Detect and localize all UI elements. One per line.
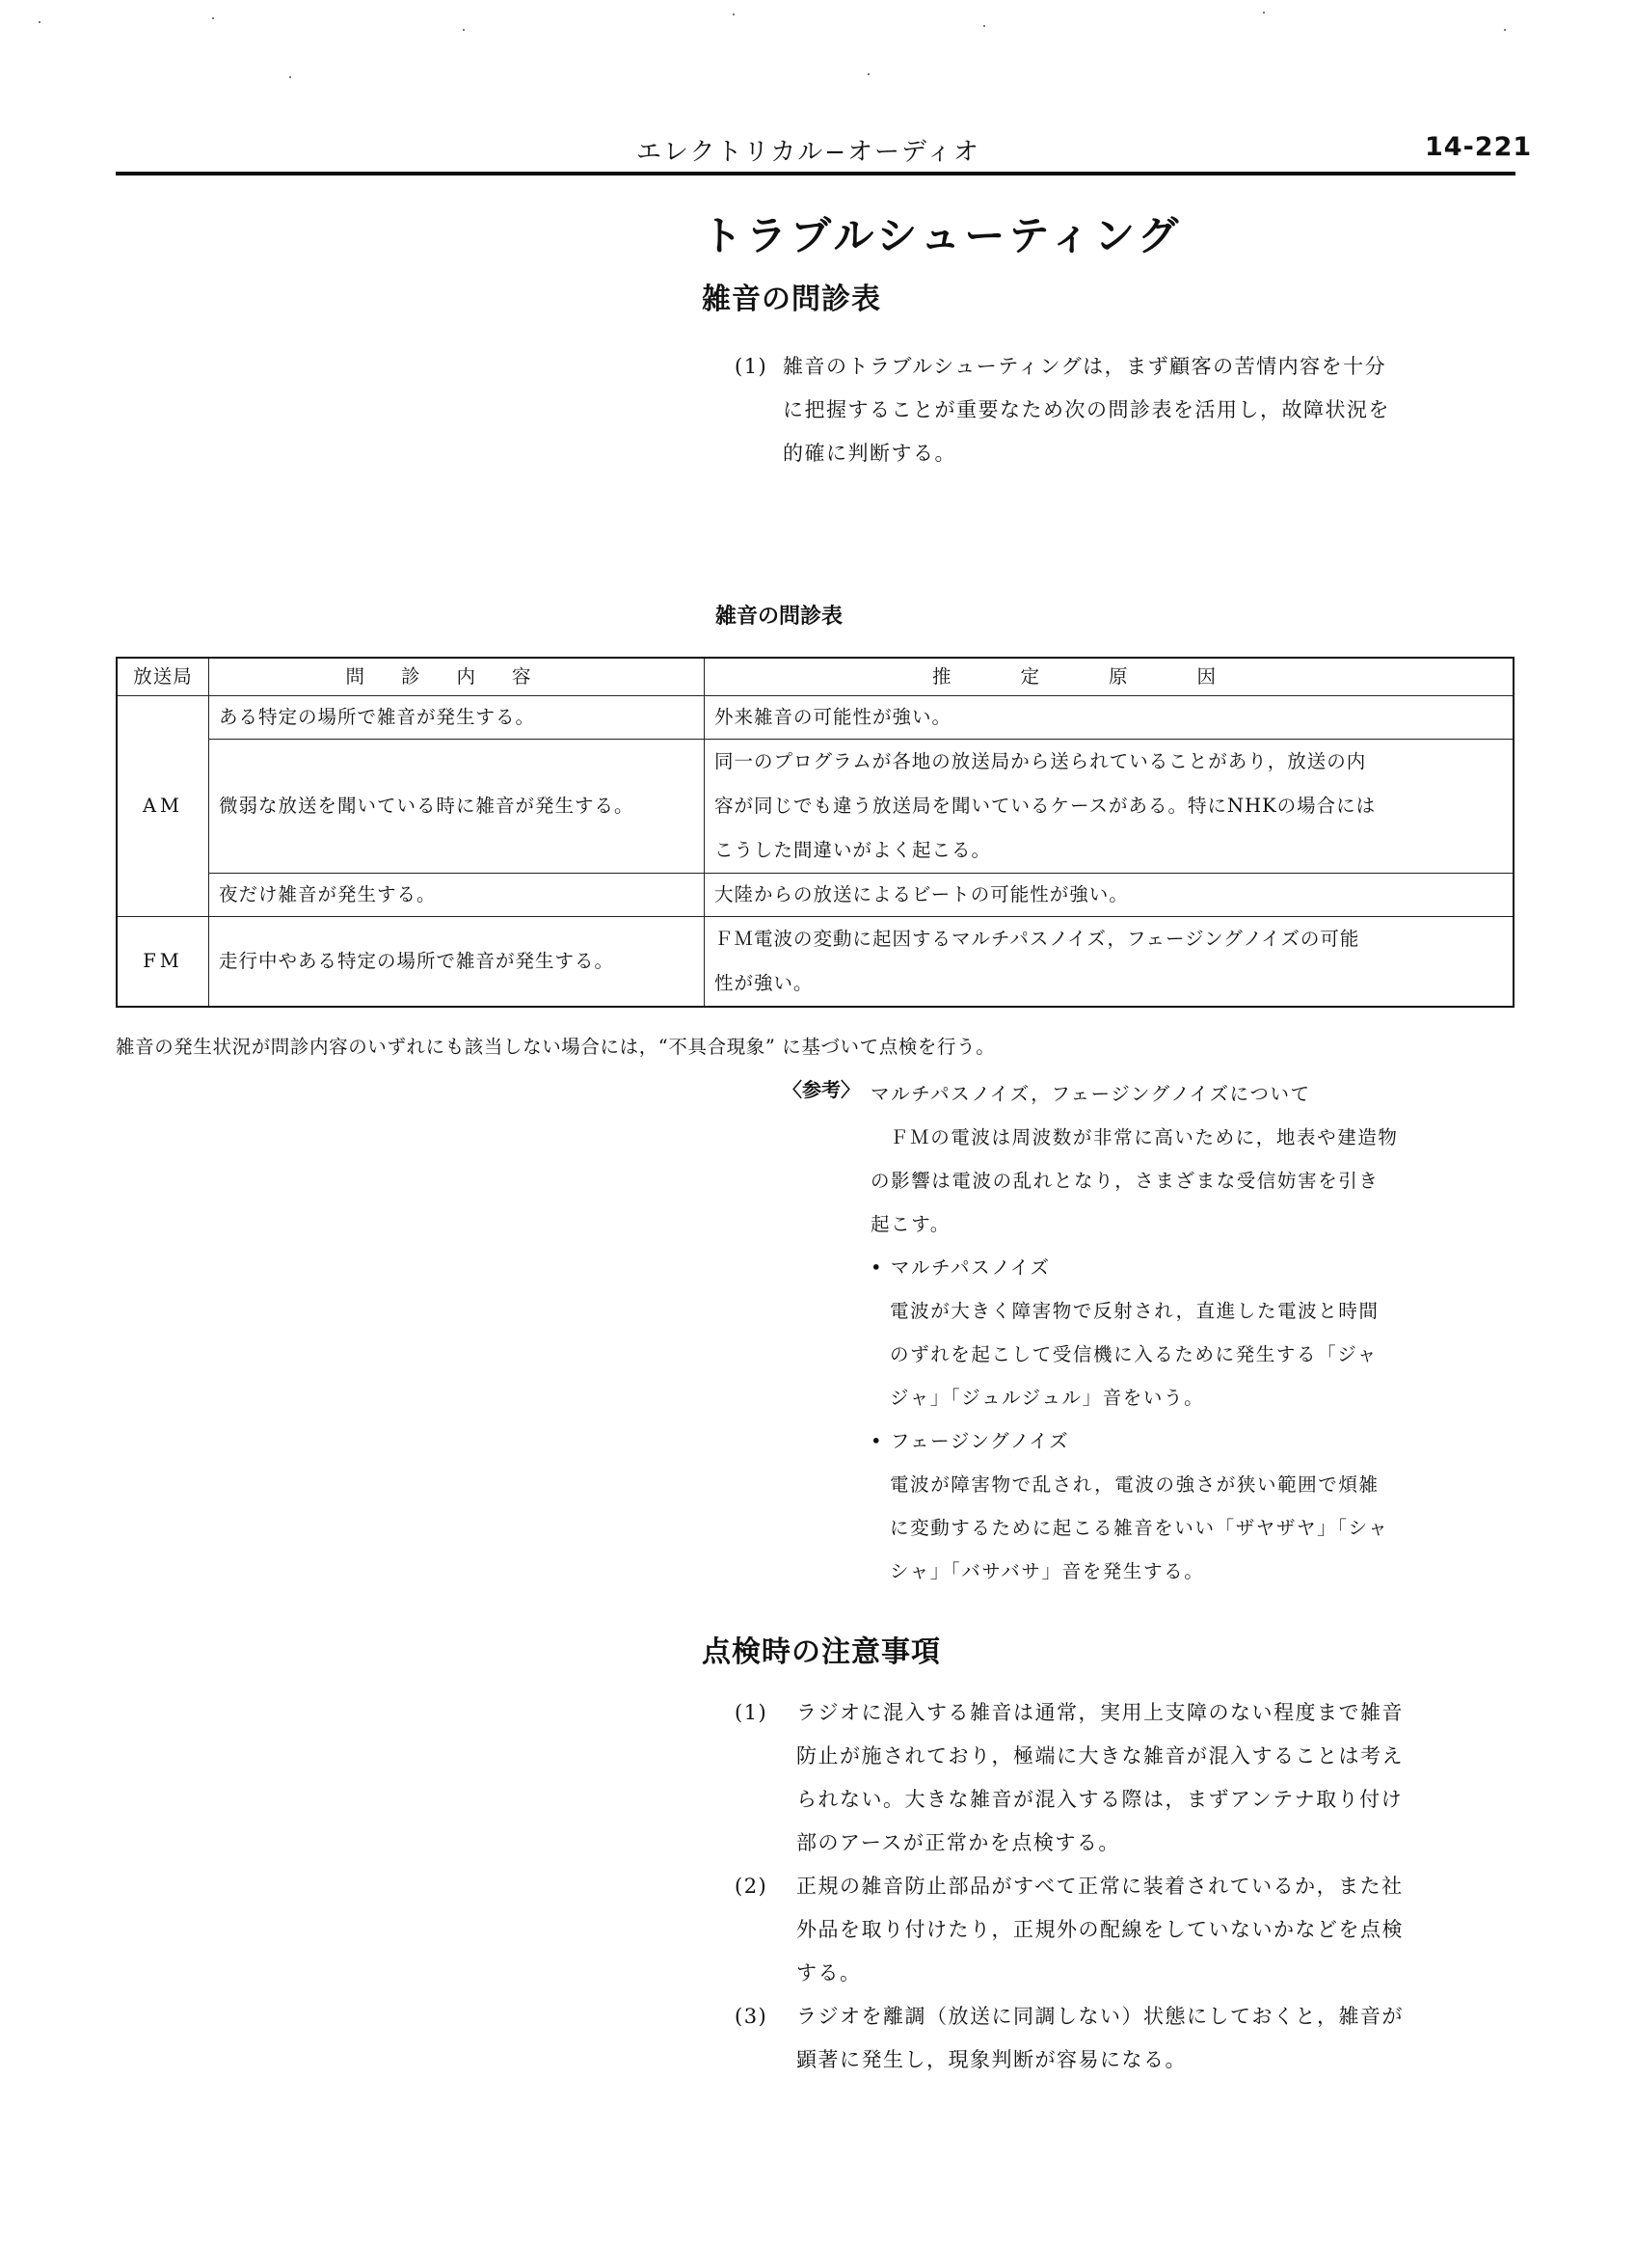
table-row: 夜だけ雑音が発生する。 大陸からの放送によるビートの可能性が強い。 <box>117 874 1514 917</box>
page-title: トラブルシューティング <box>702 204 1182 262</box>
reference-line: 電波が障害物で乱され，電波の強さが狭い範囲で煩雑 <box>871 1463 1507 1506</box>
table-header-row: 放送局 問診内容 推定原因 <box>117 658 1514 696</box>
reference-line: 電波が大きく障害物で反射され，直進した電波と時間 <box>871 1289 1507 1333</box>
header-station: 放送局 <box>117 658 209 696</box>
reference-line: 起こす。 <box>871 1202 1507 1246</box>
table-row: AM ある特定の場所で雑音が発生する。 外来雑音の可能性が強い。 <box>117 696 1514 740</box>
table-caption-text: 雑音の問診表 <box>715 605 843 629</box>
cause-cell: 同一のプログラムが各地の放送局から送られていることがあり，放送の内 容が同じでも… <box>705 740 1514 874</box>
section-heading-inquiry-sheet: 雑音の問診表 <box>702 275 881 317</box>
list-line: 部のアースが正常かを点検する。 <box>796 1822 1506 1865</box>
header-divider <box>116 172 1515 175</box>
cause-line: ＦＭ電波の変動に起因するマルチパスノイズ，フェージングノイズの可能 <box>714 917 1503 961</box>
reference-label: 〈参考〉 <box>783 1074 860 1102</box>
list-item: (1) ラジオに混入する雑音は通常，実用上支障のない程度まで雑音 防止が施されて… <box>735 1691 1506 1865</box>
inspection-notes-list: (1) ラジオに混入する雑音は通常，実用上支障のない程度まで雑音 防止が施されて… <box>735 1691 1506 2082</box>
cause-line: こうした間違いがよく起こる。 <box>714 828 1503 873</box>
reference-line: の影響は電波の乱れとなり，さまざまな受信妨害を引き <box>871 1159 1507 1202</box>
paragraph-number: (1) <box>735 345 767 389</box>
cause-cell: 外来雑音の可能性が強い。 <box>705 696 1514 740</box>
reference-line: ジャ」「ジュルジュル」音をいう。 <box>871 1376 1507 1419</box>
page-number: 14-221 <box>1425 132 1532 162</box>
inquiry-cell: 夜だけ雑音が発生する。 <box>209 874 705 917</box>
station-cell-fm: FM <box>117 917 209 1008</box>
reference-block: マルチパスノイズ，フェージングノイズについて ＦＭの電波は周波数が非常に高いため… <box>871 1072 1507 1593</box>
inquiry-cell: 走行中やある特定の場所で雑音が発生する。 <box>209 917 705 1008</box>
list-item: (2) 正規の雑音防止部品がすべて正常に装着されているか，また社 外品を取り付け… <box>735 1865 1506 1995</box>
header-inquiry: 問診内容 <box>209 658 705 696</box>
scan-noise <box>1263 12 1265 13</box>
list-item-number: (1) <box>735 1691 767 1735</box>
scan-noise <box>289 76 291 78</box>
list-line: 顕著に発生し，現象判断が容易になる。 <box>796 2038 1506 2082</box>
table-row: FM 走行中やある特定の場所で雑音が発生する。 ＦＭ電波の変動に起因するマルチパ… <box>117 917 1514 1008</box>
running-header-section: エレクトリカル−オーディオ <box>636 132 980 168</box>
paragraph-line: 雑音のトラブルシューティングは，まず顧客の苦情内容を十分 <box>783 345 1515 389</box>
list-item: (3) ラジオを離調（放送に同調しない）状態にしておくと，雑音が 顕著に発生し，… <box>735 1995 1506 2082</box>
inquiry-cell: 微弱な放送を聞いている時に雑音が発生する。 <box>209 740 705 874</box>
scan-noise <box>39 21 40 23</box>
scan-noise <box>463 29 465 31</box>
reference-line: のずれを起こして受信機に入るために発生する「ジャ <box>871 1333 1507 1376</box>
reference-title: マルチパスノイズ，フェージングノイズについて <box>871 1072 1507 1116</box>
list-line: する。 <box>796 1952 1506 1995</box>
intro-paragraph: (1) 雑音のトラブルシューティングは，まず顧客の苦情内容を十分 に把握すること… <box>735 345 1515 475</box>
scan-noise <box>868 73 870 75</box>
cause-line: 大陸からの放送によるビートの可能性が強い。 <box>714 874 1503 916</box>
table-caption: 雑音の問診表 <box>0 600 1635 630</box>
table-row: 微弱な放送を聞いている時に雑音が発生する。 同一のプログラムが各地の放送局から送… <box>117 740 1514 874</box>
bullet-multipath-noise: • マルチパスノイズ <box>871 1246 1507 1289</box>
inquiry-cell: ある特定の場所で雑音が発生する。 <box>209 696 705 740</box>
cause-cell: ＦＭ電波の変動に起因するマルチパスノイズ，フェージングノイズの可能 性が強い。 <box>705 917 1514 1008</box>
list-line: ラジオを離調（放送に同調しない）状態にしておくと，雑音が <box>796 1995 1506 2038</box>
reference-line: ＦＭの電波は周波数が非常に高いために，地表や建造物 <box>871 1116 1507 1159</box>
header-cause: 推定原因 <box>705 658 1514 696</box>
scan-noise <box>1504 29 1506 31</box>
list-line: ラジオに混入する雑音は通常，実用上支障のない程度まで雑音 <box>796 1691 1506 1735</box>
cause-line: 外来雑音の可能性が強い。 <box>714 696 1503 739</box>
list-item-number: (2) <box>735 1865 767 1908</box>
list-item-number: (3) <box>735 1995 767 2038</box>
paragraph-line: に把握することが重要なため次の問診表を活用し，故障状況を <box>783 389 1515 432</box>
reference-line: に変動するために起こる雑音をいい「ザヤザヤ」「シャ <box>871 1506 1507 1550</box>
scan-noise <box>983 25 985 27</box>
cause-line: 容が同じでも違う放送局を聞いているケースがある。特にNHKの場合には <box>714 784 1503 828</box>
list-line: られない。大きな雑音が混入する際は，まずアンテナ取り付け <box>796 1778 1506 1822</box>
list-line: 外品を取り付けたり，正規外の配線をしていないかなどを点検 <box>796 1908 1506 1952</box>
reference-line: シャ」「バサバサ」音を発生する。 <box>871 1550 1507 1593</box>
list-line: 防止が施されており，極端に大きな雑音が混入することは考え <box>796 1735 1506 1778</box>
section-heading-inspection-notes: 点検時の注意事項 <box>702 1628 941 1670</box>
cause-line: 同一のプログラムが各地の放送局から送られていることがあり，放送の内 <box>714 740 1503 784</box>
station-cell-am: AM <box>117 696 209 917</box>
table-footnote: 雑音の発生状況が問診内容のいずれにも該当しない場合には，“不具合現象” に基づい… <box>116 1030 995 1065</box>
list-line: 正規の雑音防止部品がすべて正常に装着されているか，また社 <box>796 1865 1506 1908</box>
noise-inquiry-table: 放送局 問診内容 推定原因 AM ある特定の場所で雑音が発生する。 外来雑音の可… <box>116 657 1514 1008</box>
scan-noise <box>212 17 214 19</box>
cause-cell: 大陸からの放送によるビートの可能性が強い。 <box>705 874 1514 917</box>
paragraph-line: 的確に判断する。 <box>783 432 1515 475</box>
cause-line: 性が強い。 <box>714 961 1503 1006</box>
scan-noise <box>733 13 735 15</box>
bullet-fading-noise: • フェージングノイズ <box>871 1419 1507 1463</box>
